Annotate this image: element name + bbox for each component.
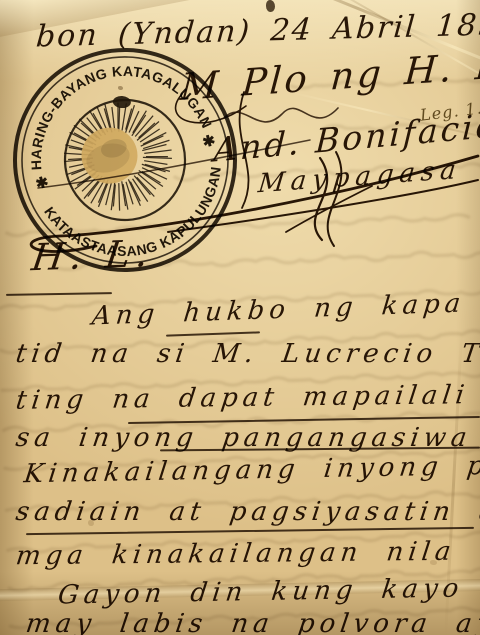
body-line: sadiain at pagsiyasatin a [14,498,480,527]
body-line: may labis na polvora ay p [24,610,480,635]
manuscript-page: HARING-BAYANG KATAGALUGAN KATAASTAASANG … [0,0,480,635]
body-line: tid na si M. Lucrecio Tag [14,340,480,369]
body-line: ting na dapat mapailali [14,381,471,415]
body-line: mga kinakailangan nila [14,538,457,571]
salutation: H. L. [29,234,157,279]
